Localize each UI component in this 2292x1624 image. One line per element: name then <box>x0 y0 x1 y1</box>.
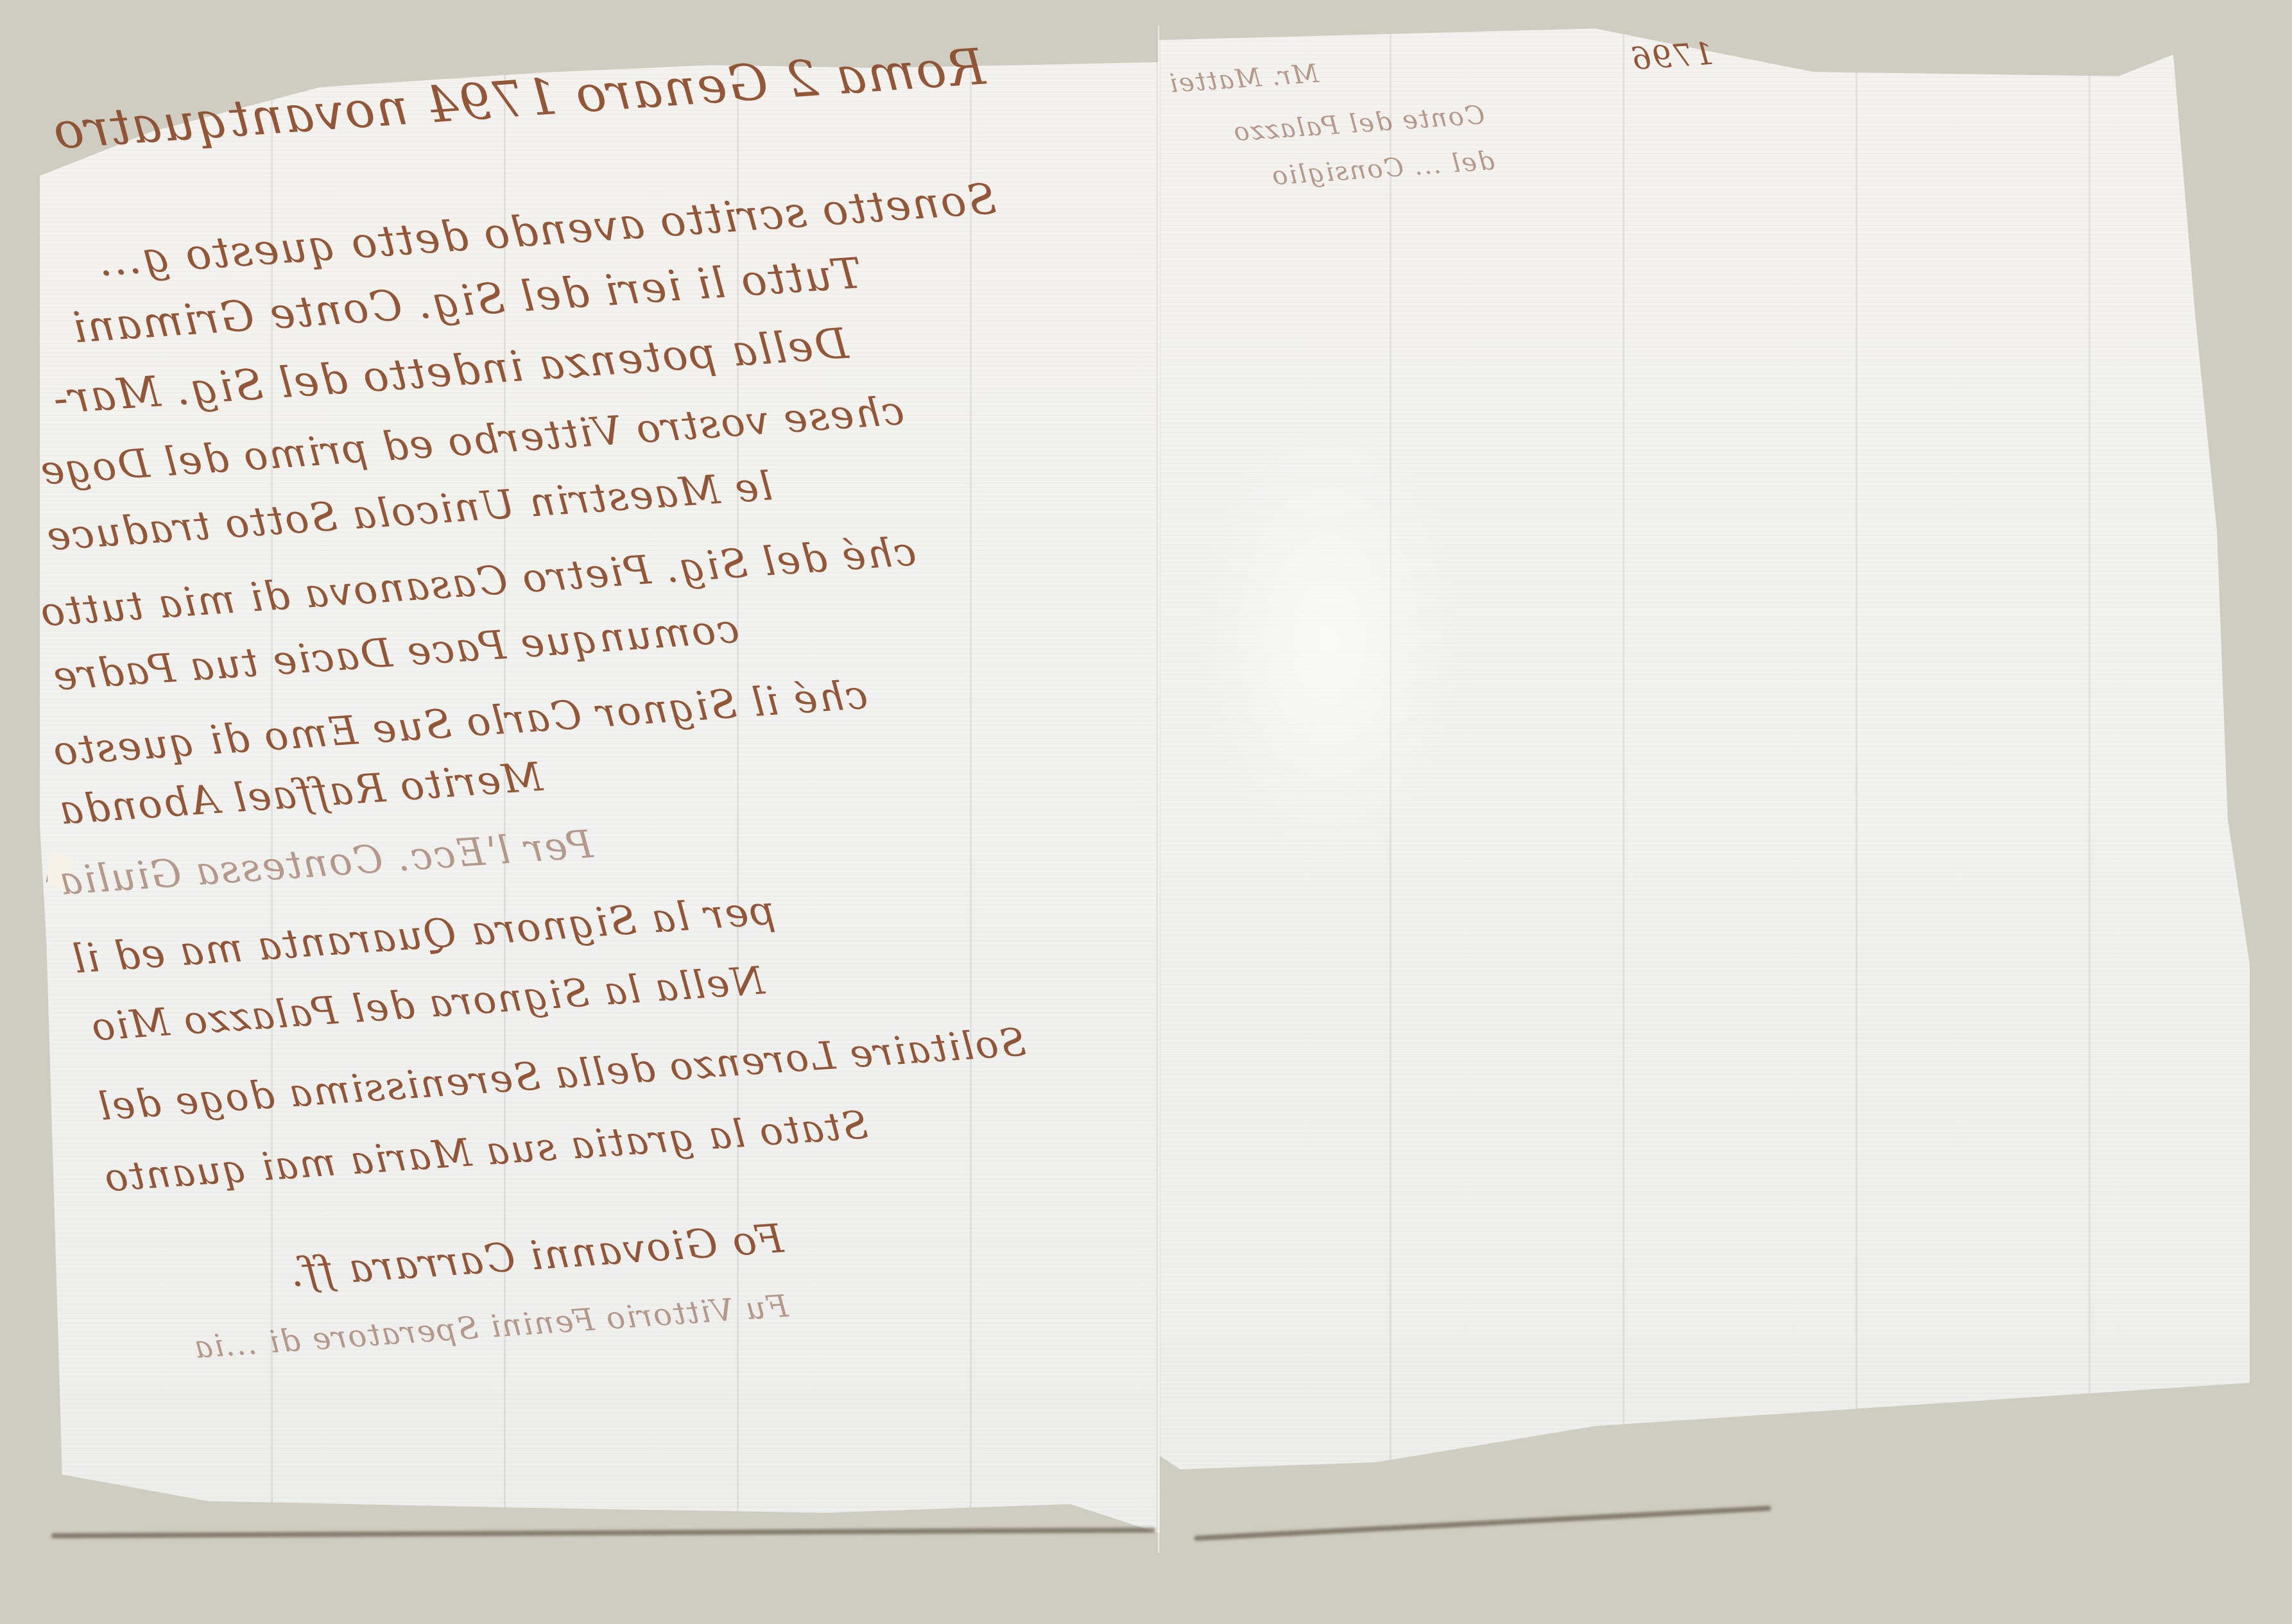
bottom-edge-shadow-right <box>1194 1505 1771 1541</box>
light-glare <box>1194 417 1463 866</box>
bottom-edge-shadow-left <box>51 1527 1155 1538</box>
center-fold <box>1157 26 1160 1553</box>
archive-number: 1796 <box>1629 36 1715 78</box>
